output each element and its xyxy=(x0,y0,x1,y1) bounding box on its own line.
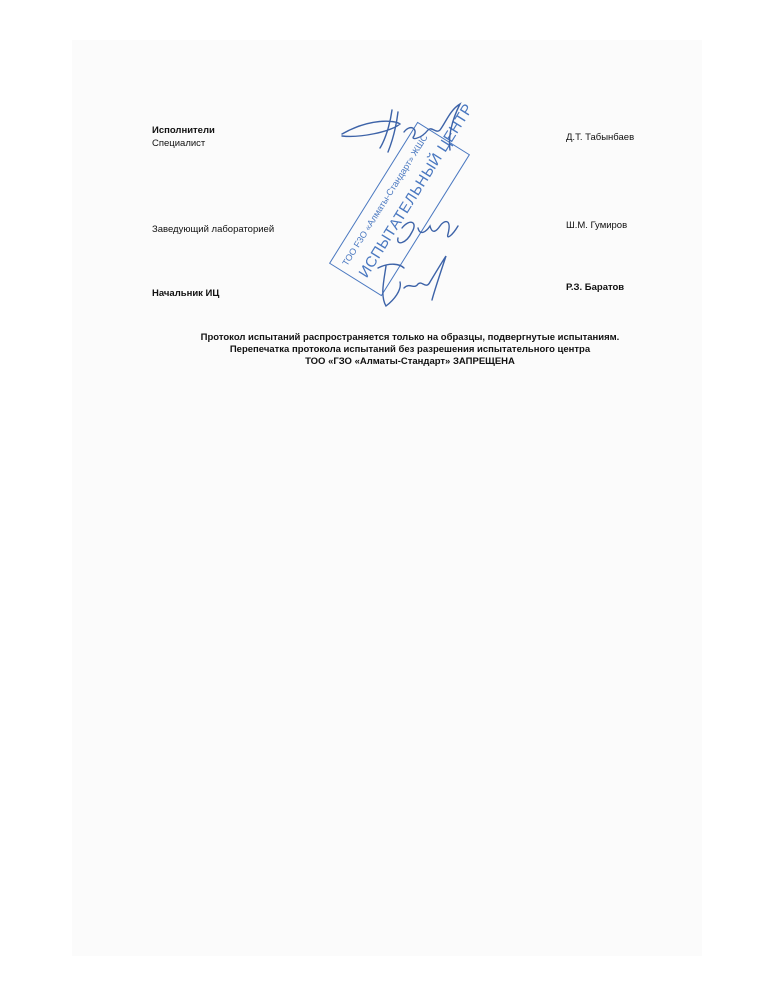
signature-specialist xyxy=(342,104,460,152)
signature-lab-head xyxy=(398,222,458,243)
footer-line-3: ТОО «ГЗО «Алматы-Стандарт» ЗАПРЕЩЕНА xyxy=(150,356,670,368)
footer-disclaimer: Протокол испытаний распространяется толь… xyxy=(150,332,670,368)
footer-line-1: Протокол испытаний распространяется толь… xyxy=(150,332,670,344)
footer-line-2: Перепечатка протокола испытаний без разр… xyxy=(150,344,670,356)
handwritten-signatures xyxy=(0,0,772,1000)
signature-center-head xyxy=(378,256,446,306)
